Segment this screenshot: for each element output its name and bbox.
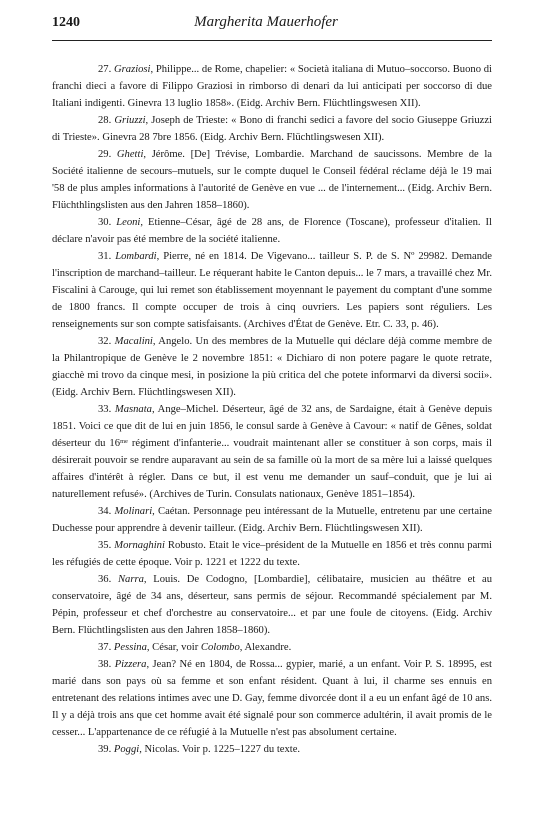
list-entry: 27. Graziosi, Philippe... de Rome, chape… [52, 61, 492, 112]
entry-name: Molinari [114, 506, 152, 517]
entry-name: Macalini [115, 336, 153, 347]
list-entry: 37. Pessina, César, voir Colombo, Alexan… [52, 639, 492, 656]
cross-reference-name: Colombo [201, 642, 240, 653]
header-rule [52, 40, 492, 41]
list-entry: 32. Macalini, Angelo. Un des membres de … [52, 333, 492, 401]
entry-name: Leoni [116, 217, 140, 228]
entry-name: Graziosi [114, 64, 151, 75]
list-entry: 29. Ghetti, Jérôme. [De] Trévise, Lombar… [52, 146, 492, 214]
entry-name: Ghetti [117, 149, 143, 160]
page-number: 1240 [52, 15, 80, 31]
list-entry: 35. Mornaghini Robusto. Etait le vice–pr… [52, 537, 492, 571]
running-header: 1240 Margherita Mauerhofer [52, 14, 492, 38]
document-page: 1240 Margherita Mauerhofer 27. Graziosi,… [52, 14, 492, 758]
list-entry: 28. Griuzzi, Joseph de Trieste: « Bono d… [52, 112, 492, 146]
list-entry: 38. Pizzera, Jean? Né en 1804, de Rossa.… [52, 656, 492, 741]
running-title: Margherita Mauerhofer [80, 14, 452, 31]
list-entry: 39. Poggi, Nicolas. Voir p. 1225–1227 du… [52, 741, 492, 758]
list-entry: 36. Narra, Louis. De Codogno, [Lombardie… [52, 571, 492, 639]
entry-name: Pizzera [115, 659, 147, 670]
entry-list: 27. Graziosi, Philippe... de Rome, chape… [52, 61, 492, 758]
list-entry: 34. Molinari, Caétan. Personnage peu int… [52, 503, 492, 537]
entry-name: Narra [118, 574, 144, 585]
list-entry: 33. Masnata, Ange–Michel. Déserteur, âgé… [52, 401, 492, 503]
entry-name: Mornaghini [114, 540, 165, 551]
entry-name: Griuzzi [114, 115, 145, 126]
entry-name: Poggi [114, 744, 139, 755]
list-entry: 30. Leoni, Etienne–César, âgé de 28 ans,… [52, 214, 492, 248]
entry-name: Lombardi [115, 251, 156, 262]
entry-name: Pessina [114, 642, 147, 653]
entry-name: Masnata [115, 404, 152, 415]
list-entry: 31. Lombardi, Pierre, né en 1814. De Vig… [52, 248, 492, 333]
